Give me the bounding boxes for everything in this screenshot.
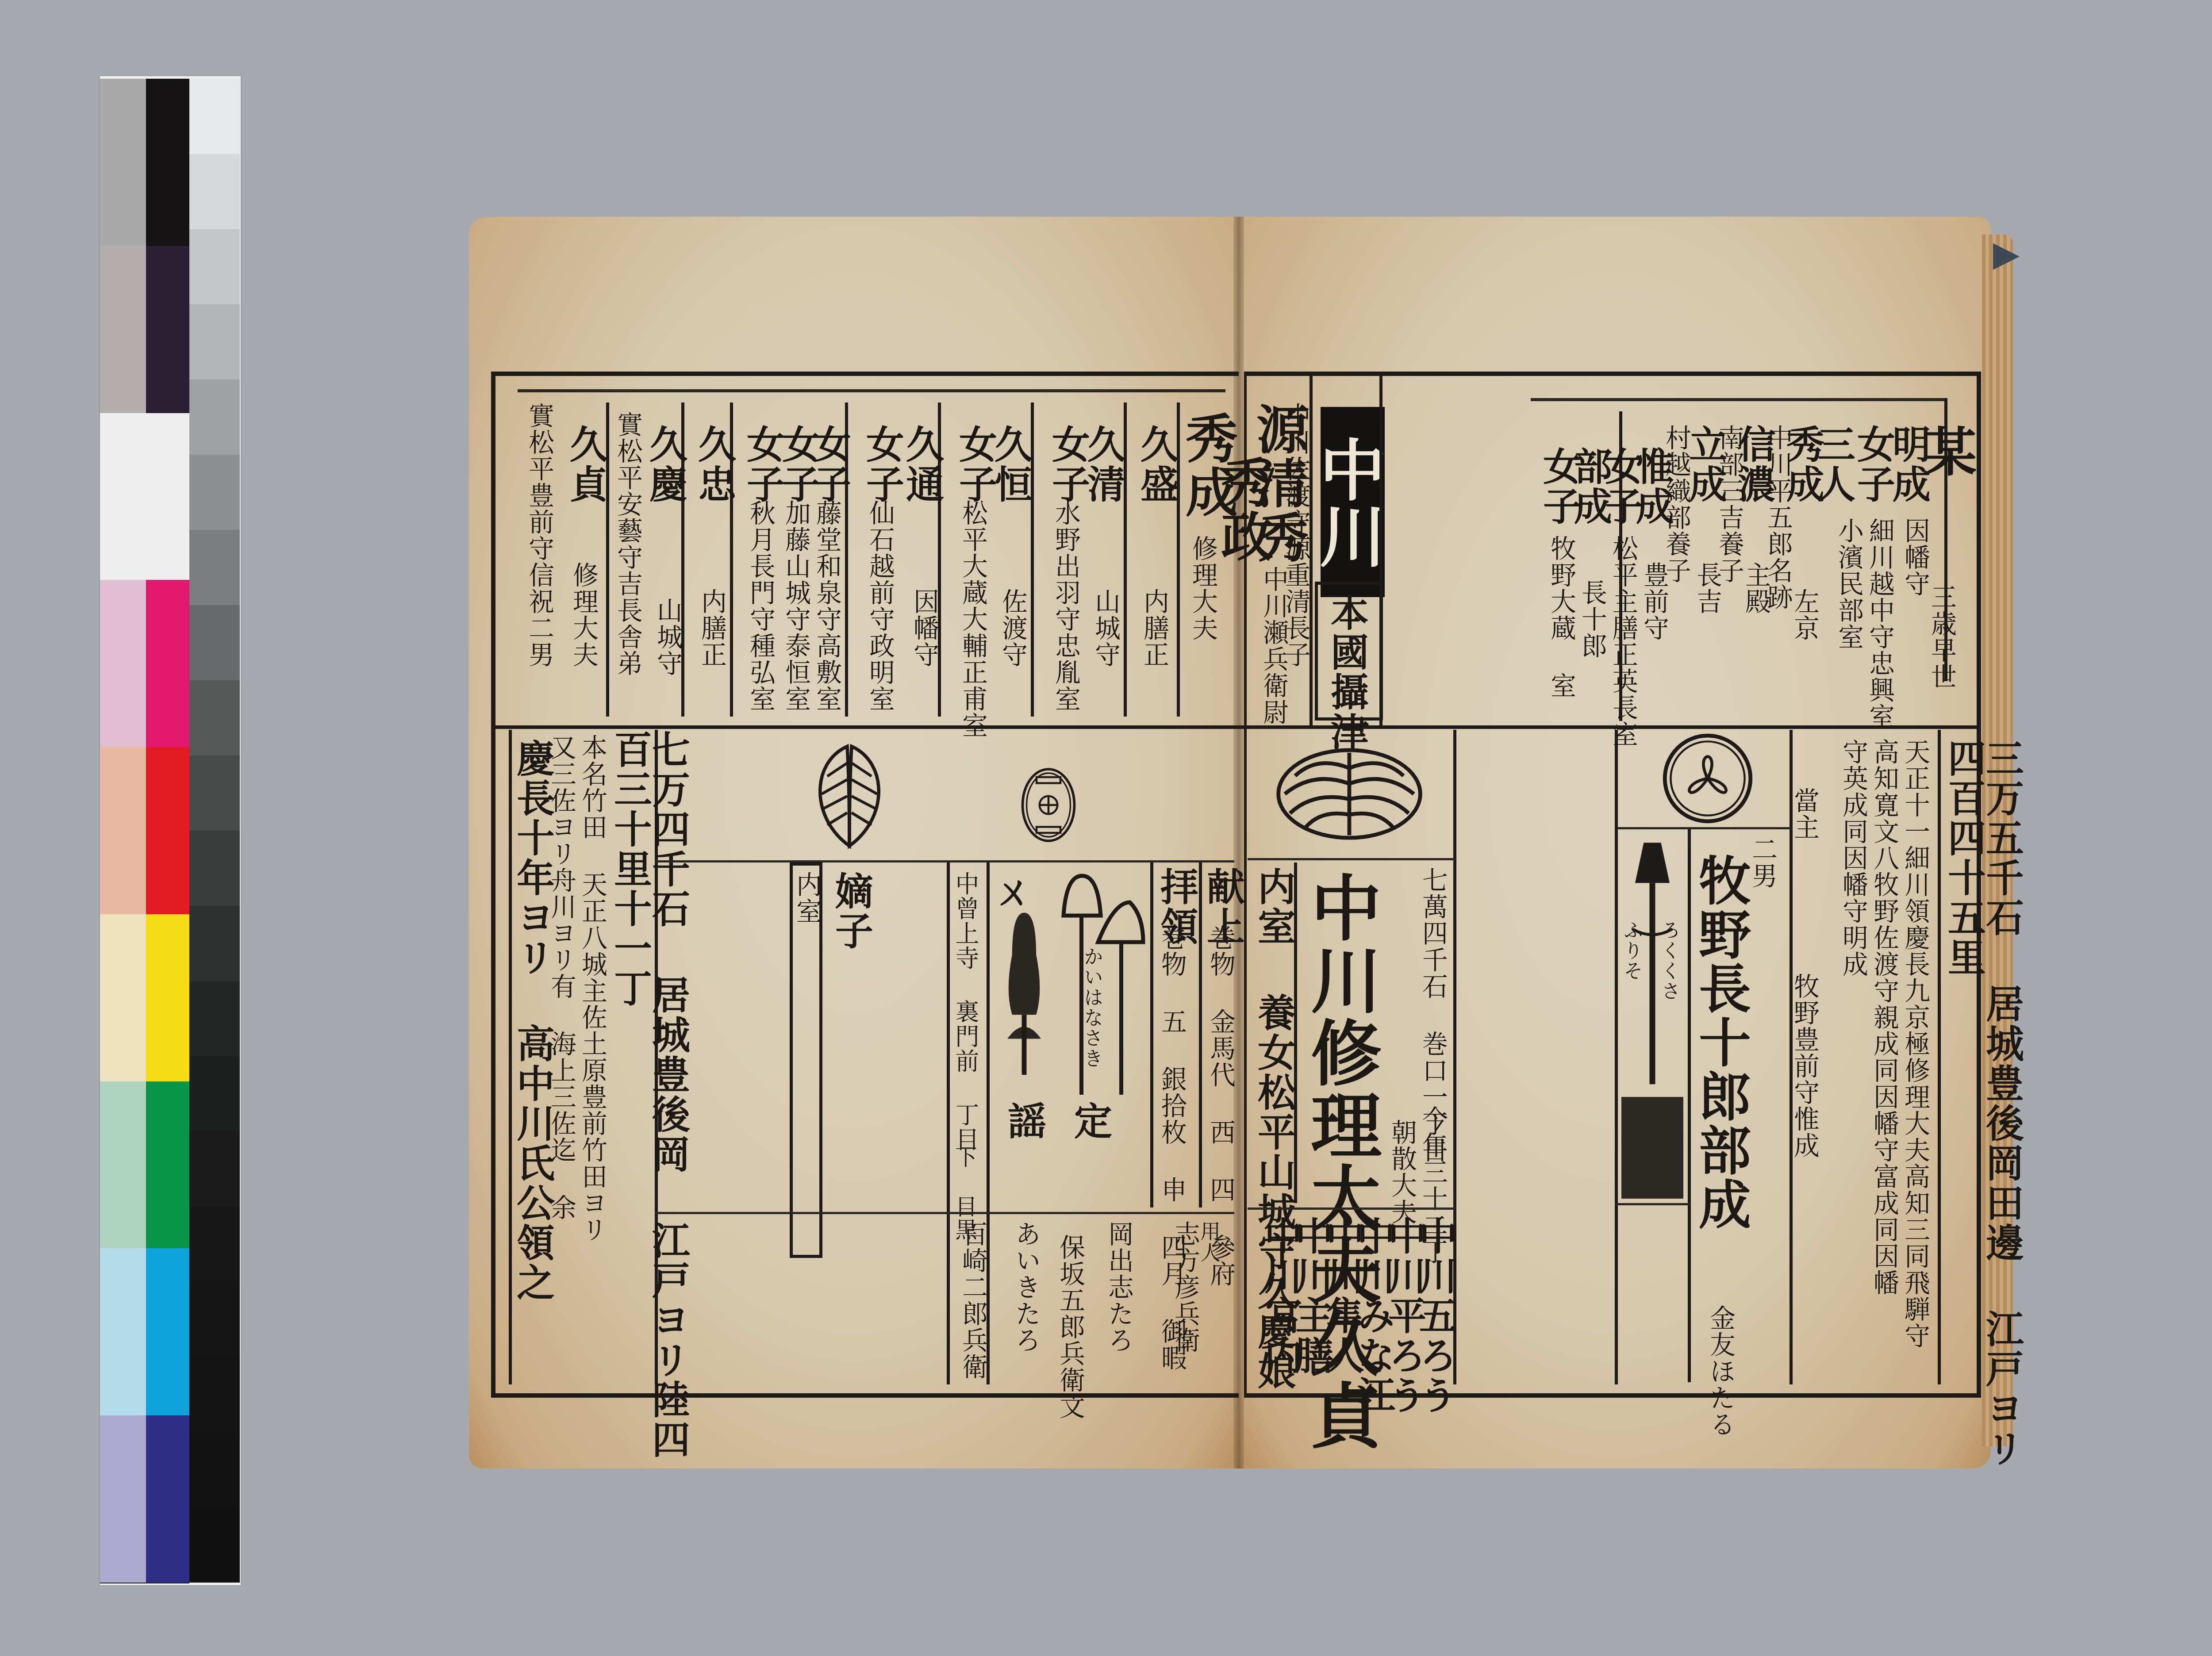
spear-note-2: ふりそ [1621, 920, 1641, 981]
retainer: 中川宮内 [1261, 1216, 1299, 1376]
genealogy-name: 女子 [743, 425, 781, 504]
color-patch [146, 1415, 189, 1583]
chart-column-saturated [146, 79, 189, 1583]
province-label: 本國攝津 [1327, 593, 1365, 752]
color-patch [189, 605, 240, 680]
color-patch [100, 580, 146, 748]
color-patch [189, 455, 240, 530]
color-patch [100, 246, 146, 414]
servant: 百崎二郎兵衛 [960, 1221, 986, 1380]
concubine-label: 嫡子 [832, 871, 870, 951]
revenue-line: 七万四千石 居城豊後岡 江戸ヨリ陸四百三十里十一丁 [611, 730, 687, 1468]
genealogy-note: 三歳早世 [1929, 584, 1955, 690]
color-patch [189, 379, 240, 455]
color-patch [189, 1207, 240, 1282]
history-line: 守英成同因幡守明成 [1840, 739, 1866, 977]
banner-right-label: 定 [1071, 1101, 1109, 1141]
genealogy-note: 因幡守 [1902, 517, 1928, 597]
banner-note: かいはなさき [1082, 947, 1101, 1069]
mark-symbol: ㄨ [991, 871, 1029, 911]
son-name: 牧野長十郎部成 [1694, 854, 1747, 1231]
color-patch [189, 981, 240, 1056]
heir-sub: 牧野豊前守惟成 [1792, 973, 1817, 1159]
wife-label: 内室 [794, 871, 820, 924]
servant: あいきたろ [1013, 1221, 1039, 1353]
color-patch [189, 1432, 240, 1507]
genealogy-note: 水野出羽守忠胤室 [1053, 500, 1079, 712]
history-line: 天正十一細川領慶長九京極修理大夫高知三同飛騨守 [1902, 739, 1928, 1349]
son-footer: 金友ほたる [1708, 1305, 1733, 1437]
genealogy-note: 豊前守 [1641, 562, 1667, 641]
color-patch [189, 229, 240, 304]
color-patch [189, 680, 240, 755]
color-patch [100, 79, 146, 247]
color-patch [146, 79, 189, 247]
servant-note: 用人 [1199, 1221, 1219, 1263]
genealogy-name: 女子 [1540, 447, 1578, 526]
tree-bar [518, 389, 1225, 392]
spear-note: ろくくさ [1659, 920, 1678, 1001]
revenue-line: 三万五千石 居城豊後岡田邊 江戸ヨリ四百四十五里 [1944, 739, 2020, 1468]
history-line: 慶長十年ヨリ 高中川氏公領之 [513, 739, 551, 1303]
genealogy-name: 女子 [863, 425, 901, 504]
color-patch [146, 413, 189, 581]
genealogy-note: 小濱民部室 [1836, 517, 1862, 650]
color-patch [146, 580, 189, 748]
cell-rule [655, 860, 1234, 862]
book-spread: 中川 本國攝津 中川佐渡守源重清長子 源清秀 中川瀬兵衛尉 秀政 某 三歳早世 … [469, 217, 1991, 1468]
genealogy-note: 仙石越前守政明室 [867, 500, 893, 712]
genealogy-note: 因幡守 [911, 588, 937, 668]
genealogy-name: 女子 [956, 425, 994, 504]
genealogy-note: 修理大夫 [571, 562, 596, 668]
genealogy-name: 久貞 [566, 425, 604, 504]
genealogy-note: 山城守 [655, 597, 680, 677]
column-rule [1379, 376, 1382, 725]
tree-bar [1531, 398, 1947, 401]
heir-box-text: 中曾上寺 裏門前 丁目 [953, 871, 977, 1152]
color-patch [189, 1282, 240, 1357]
genealogy-note: 松平主膳正英長室 [1610, 535, 1636, 747]
genealogy-spouse: 細川越中守忠興室 [1867, 517, 1893, 730]
color-patch [189, 1056, 240, 1131]
color-patch [146, 1081, 189, 1250]
genealogy-note: 主殿 [1743, 562, 1769, 615]
color-patch [189, 79, 240, 154]
history-line: 高知寛文八牧野佐渡守親成同因幡守富成同因幡 [1871, 739, 1897, 1296]
genealogy-name: 女子 [1048, 425, 1087, 504]
genealogy-note: 秋月長門守種弘室 [748, 500, 773, 712]
color-patch [146, 914, 189, 1082]
genealogy-note: 長十郎 [1579, 579, 1605, 659]
genealogy-note: 牧野大蔵 室 [1548, 535, 1574, 699]
color-patch [146, 1248, 189, 1416]
color-patch [146, 747, 189, 915]
genealogy-note: 藤堂和泉守高敷室 [814, 500, 840, 712]
genealogy-note: 加藤山城守泰恒室 [783, 500, 809, 712]
genealogy-name: 久盛 [1137, 425, 1175, 504]
chart-column-grayscale [189, 79, 240, 1583]
color-patch [189, 304, 240, 379]
cell-rule [1615, 827, 1792, 829]
color-patch [100, 747, 146, 915]
genealogy-spouse: 實松平豊前守信祝二男 [526, 402, 552, 668]
genealogy-note: 修理大夫 [1190, 535, 1216, 641]
genealogy-note: 長吉 [1694, 562, 1720, 615]
color-patch [189, 530, 240, 605]
genealogy-name: 久忠 [695, 425, 733, 504]
genealogy-note: 松平大蔵大輔正甫室 [960, 500, 986, 739]
color-patch [100, 1248, 146, 1416]
servant: 岡出志たろ [1106, 1221, 1132, 1353]
black-banner-block [1621, 1097, 1683, 1199]
column-rule [1615, 730, 1618, 1384]
column-rule [1938, 730, 1941, 1384]
cell-rule [1248, 858, 1455, 860]
geometric-crest-icon [1018, 765, 1079, 845]
genealogy-note: 内膳正 [1141, 588, 1167, 668]
color-patch [189, 755, 240, 831]
banner-left-label: 謡 [1004, 1101, 1042, 1141]
son-label: 二男 [1750, 836, 1775, 889]
bracken-crest-icon [1272, 739, 1427, 849]
cell-rule [1248, 1207, 1455, 1210]
color-patch [100, 413, 146, 581]
color-patch [100, 914, 146, 1082]
genealogy-note: 左京 [1792, 588, 1817, 641]
heir-label: 當主 [1792, 787, 1817, 840]
clan-name-badge: 中川 [1321, 407, 1385, 597]
color-patch [189, 1507, 240, 1583]
genealogy-note: 中川瀬兵衛尉 [1261, 566, 1286, 725]
history-line: 本名竹田 天正八城主佐土原豊前竹田ヨリ [580, 734, 605, 1243]
three-leaf-crest-icon [1657, 730, 1759, 827]
double-leaf-crest-icon [805, 739, 894, 854]
genealogy-spouse: 實松平安藝守吉長舎弟 [615, 411, 641, 677]
color-patch [100, 1415, 146, 1583]
genealogy-note: 内膳正 [699, 588, 725, 668]
section-divider [491, 725, 1978, 729]
color-patch [146, 246, 189, 414]
column-rule [509, 730, 512, 1384]
chart-column-pastel [100, 79, 146, 1583]
column-rule [1150, 862, 1153, 1207]
servant: 保坂五郎兵衛文 [1057, 1234, 1083, 1420]
color-patch [189, 1131, 240, 1207]
cell-rule [1615, 1203, 1690, 1205]
column-rule [947, 862, 950, 1384]
cell-rule [655, 1212, 1234, 1214]
color-patch [189, 154, 240, 229]
color-patch [189, 1357, 240, 1432]
color-patch [189, 906, 240, 981]
gourd-standard-icon [1000, 907, 1048, 1075]
genealogy-name: 女子 [1854, 425, 1892, 504]
color-patch [189, 831, 240, 906]
color-calibration-chart [100, 76, 241, 1585]
genealogy-name: 久通 [902, 425, 941, 504]
genealogy-name: 秀成 [1181, 411, 1233, 519]
genealogy-note: 佐渡守 [1000, 588, 1025, 668]
genealogy-note: 山城守 [1093, 588, 1118, 668]
servant: 志方彦兵衛 [1172, 1221, 1198, 1353]
genealogy-name: 久慶 [646, 425, 684, 504]
color-patch [100, 1081, 146, 1250]
